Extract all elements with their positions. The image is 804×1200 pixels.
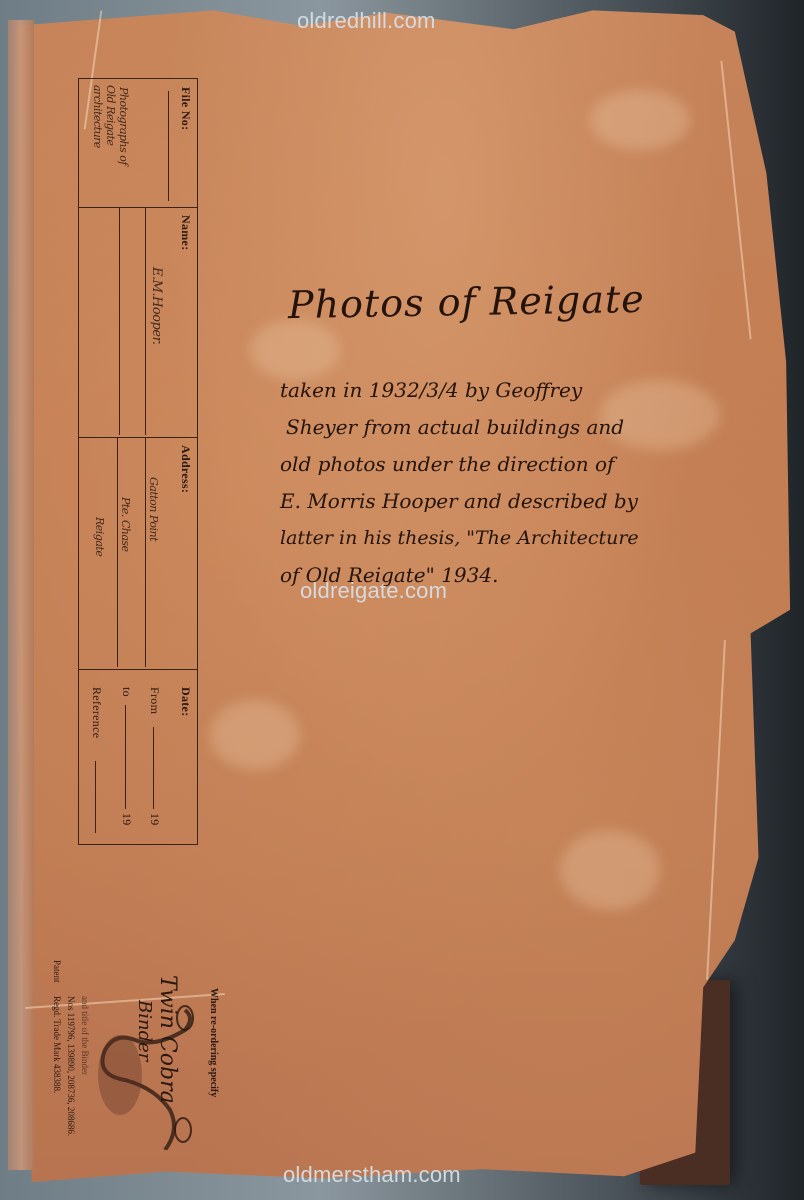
file-no-label: File No: (178, 87, 193, 130)
patent-line-2: and title of the Binder (80, 996, 90, 1075)
rule (145, 437, 146, 667)
name-section: Name: E.M.Hooper. (79, 207, 197, 438)
file-no-section: File No: Photographs of Old Reigate arch… (79, 79, 197, 208)
rule (145, 207, 146, 435)
inscription-line: Sheyer from actual buildings and (280, 409, 730, 446)
name-label: Name: (178, 215, 193, 250)
inscription-line: old photos under the direction of (280, 446, 730, 483)
stain (590, 90, 690, 150)
address-handwriting-3: Reigate (93, 517, 106, 556)
inscription-body: taken in 1932/3/4 by Geoffrey Sheyer fro… (280, 372, 730, 594)
inscription-line: latter in his thesis, "The Architecture (280, 520, 730, 557)
inscription-line: taken in 1932/3/4 by Geoffrey (280, 372, 730, 409)
spine-strip (8, 20, 34, 1170)
to-rule (125, 705, 126, 809)
from-rule (153, 727, 154, 809)
reorder-text: When re-ordering specify (208, 988, 219, 1097)
from-label: From (147, 687, 162, 714)
inscription-line: E. Morris Hooper and described by (280, 483, 730, 520)
date-label: Date: (178, 687, 193, 716)
record-form: File No: Photographs of Old Reigate arch… (78, 78, 198, 845)
to-year: 19 (119, 813, 134, 826)
name-handwriting: E.M.Hooper. (149, 267, 164, 345)
patent-line-1: Patent (52, 960, 62, 983)
watermark-bottom: oldmerstham.com (283, 1162, 461, 1188)
file-no-handwriting-1: Photographs of (117, 87, 130, 165)
patent-line-3: Nos 119796, 139890, 208736, 208686. (66, 996, 76, 1136)
stain (560, 830, 660, 910)
watermark-middle: oldreigate.com (300, 578, 447, 604)
reference-rule (95, 761, 96, 833)
stain (210, 700, 300, 770)
file-no-handwriting-2: Old Reigate architecture (91, 85, 117, 207)
manufacturer-stamp: When re-ordering specify Twin Cobra Bind… (50, 960, 230, 1160)
reference-label: Reference (89, 687, 104, 738)
address-label: Address: (178, 445, 193, 493)
address-section: Address: Gatton Point Pte. Chase Reigate (79, 437, 197, 670)
cobra-icon (90, 1000, 200, 1150)
watermark-top: oldredhill.com (297, 8, 436, 34)
address-handwriting-1: Gatton Point (147, 477, 160, 541)
patent-line-4: Regd. Trade Mark 438388. (52, 996, 62, 1093)
stain (250, 320, 340, 380)
from-year: 19 (147, 813, 162, 826)
rule (117, 437, 118, 667)
address-handwriting-2: Pte. Chase (119, 497, 132, 552)
inscription-title: Photos of Reigate (288, 277, 645, 327)
rule (168, 91, 169, 201)
rule (119, 207, 120, 435)
date-section: Date: From 19 to 19 Reference (79, 669, 197, 844)
to-label: to (119, 687, 134, 697)
